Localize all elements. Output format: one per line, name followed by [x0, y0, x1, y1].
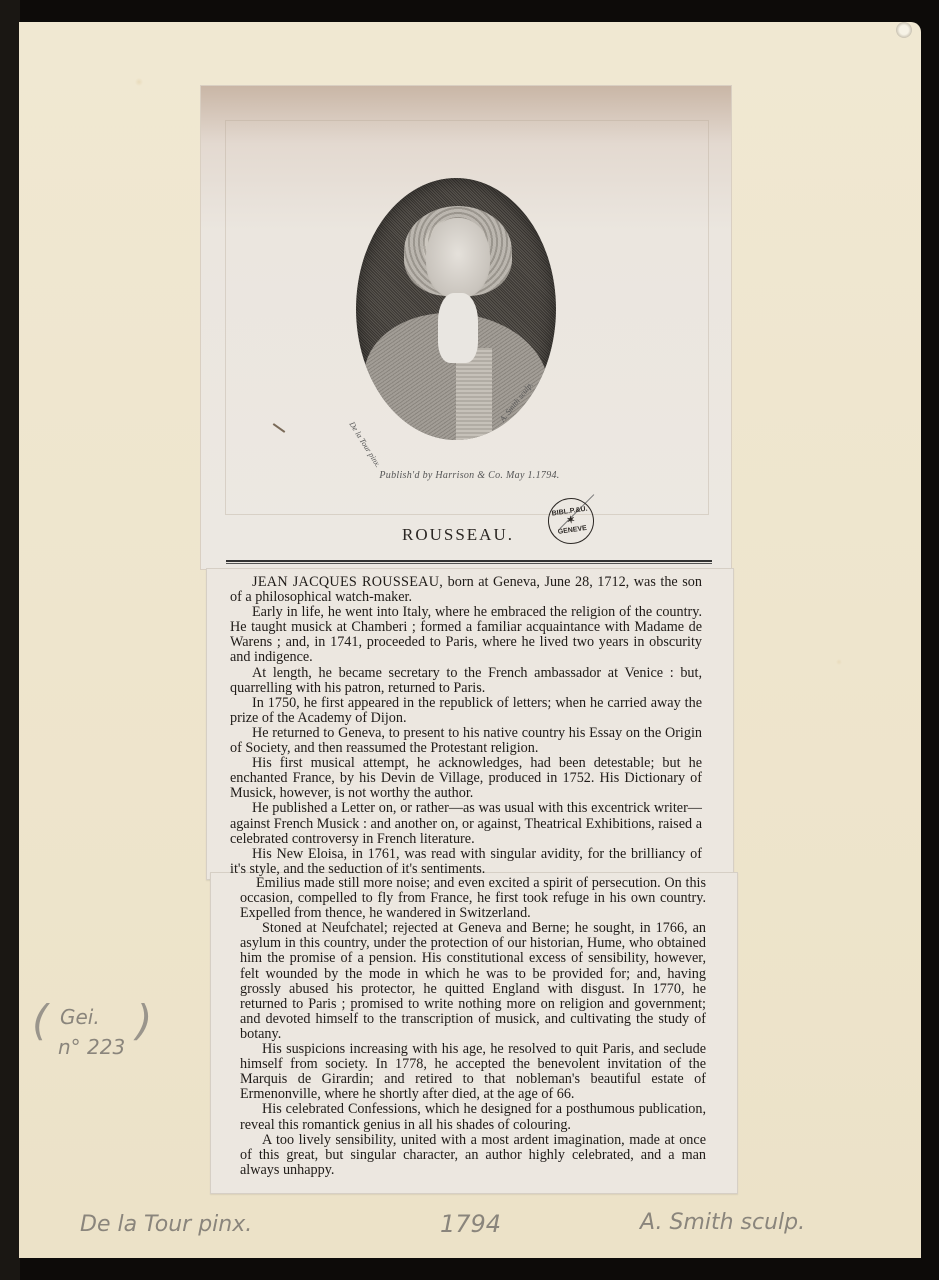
- bio-paragraph: He published a Letter on, or rather—as w…: [230, 801, 702, 846]
- print-title: ROUSSEAU.: [402, 525, 514, 545]
- pencil-engraver-note: A. Smith sculp.: [640, 1210, 805, 1235]
- bio-name-lead: JEAN JACQUES ROUSSEAU,: [252, 574, 443, 590]
- pencil-ref-line-1: Gei.: [40, 1002, 125, 1032]
- publication-text: Publish'd by Harrison & Co. May 1.1794.: [379, 470, 559, 481]
- pencil-paren-left: (: [32, 1006, 48, 1036]
- scan-background-edge: [0, 0, 20, 1280]
- pencil-year-note: 1794: [440, 1210, 501, 1238]
- bio-paragraph: His suspicions increasing with his age, …: [240, 1042, 706, 1102]
- bio-paragraph: At length, he became secretary to the Fr…: [230, 666, 702, 696]
- bio-paragraph: Emilius made still more noise; and even …: [240, 876, 706, 921]
- portrait-oval-engraving: [356, 178, 556, 440]
- bio-paragraph: A too lively sensibility, united with a …: [240, 1133, 706, 1178]
- portrait-cravat: [438, 293, 478, 363]
- pencil-ref-line-2: n° 223: [40, 1032, 125, 1062]
- pencil-painter-note: De la Tour pinx.: [80, 1212, 252, 1237]
- stamp-bottom-text: GENEVE: [557, 525, 587, 536]
- bio-paragraph: Stoned at Neufchatel; rejected at Geneva…: [240, 921, 706, 1042]
- mount-corner-curl: [896, 22, 912, 38]
- bio-paragraph: His first musical attempt, he acknowledg…: [230, 756, 702, 801]
- bio-paragraph: In 1750, he first appeared in the republ…: [230, 696, 702, 726]
- biography-part-1: JEAN JACQUES ROUSSEAU, born at Geneva, J…: [230, 575, 702, 877]
- pencil-catalog-reference: ( Gei. n° 223 ): [40, 1002, 125, 1062]
- publication-line: Publish'd by Harrison & Co. May 1.1794.: [0, 470, 939, 481]
- bio-paragraph: His New Eloisa, in 1761, was read with s…: [230, 847, 702, 877]
- portrait-face: [426, 218, 490, 298]
- bio-paragraph: JEAN JACQUES ROUSSEAU, born at Geneva, J…: [230, 575, 702, 605]
- biography-part-2: Emilius made still more noise; and even …: [240, 876, 706, 1178]
- bio-paragraph: Early in life, he went into Italy, where…: [230, 605, 702, 665]
- pencil-paren-right: ): [136, 1006, 152, 1036]
- title-double-rule: [226, 560, 712, 564]
- bio-paragraph: He returned to Geneva, to present to his…: [230, 726, 702, 756]
- bio-paragraph: His celebrated Confessions, which he des…: [240, 1102, 706, 1132]
